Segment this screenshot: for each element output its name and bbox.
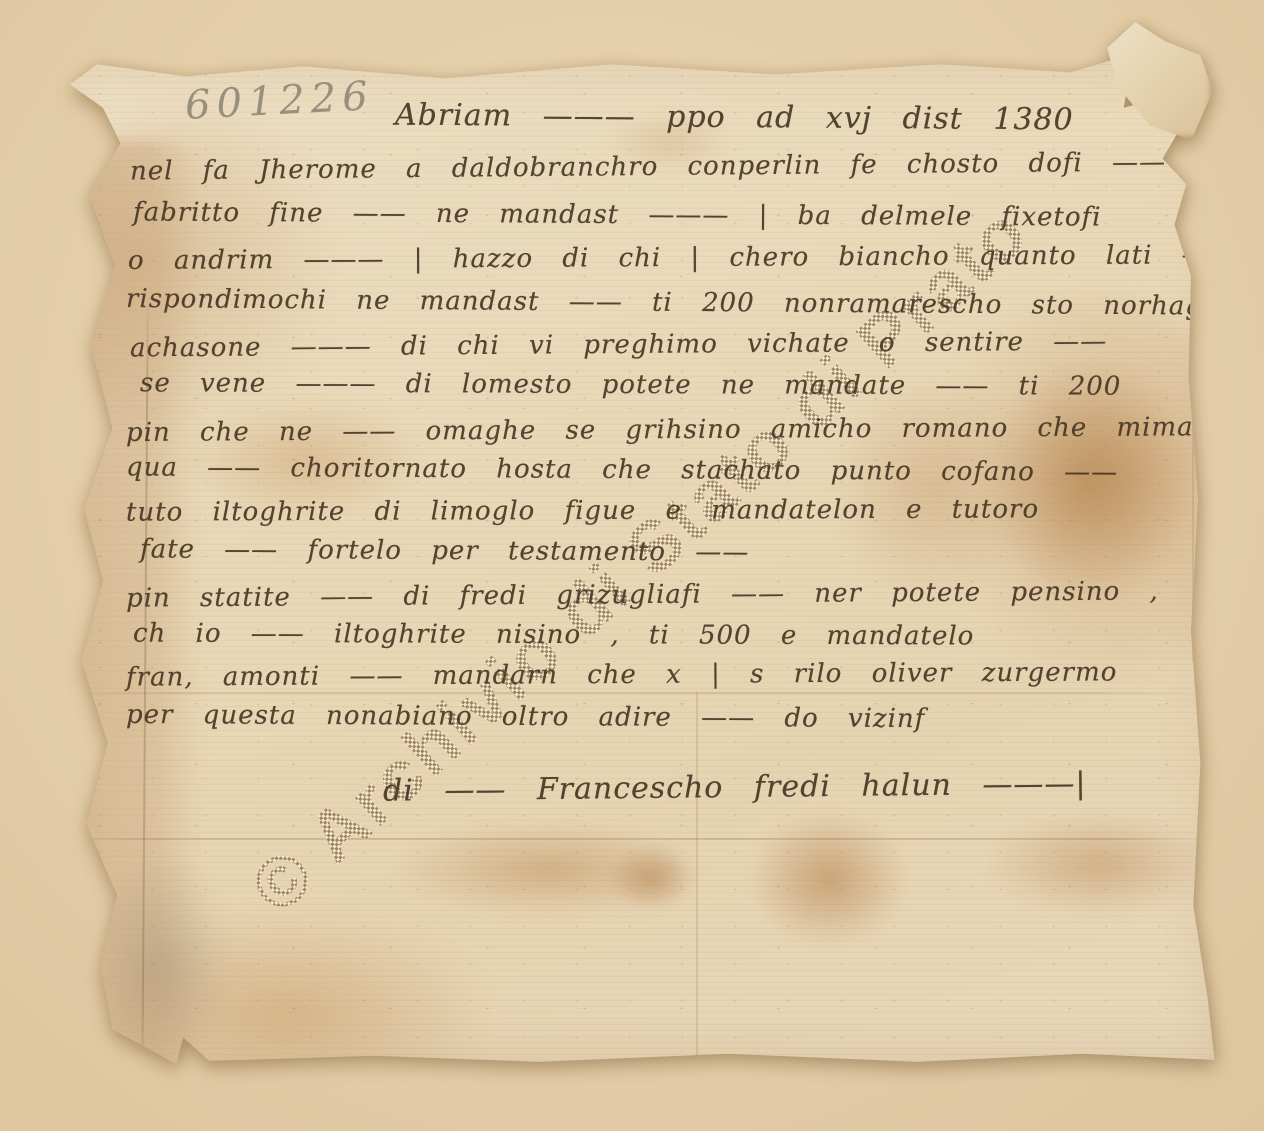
manuscript-line: rispondimochi ne mandast —— ti 200 nonra… bbox=[126, 284, 1264, 322]
stain bbox=[604, 842, 699, 914]
manuscript-line: fabritto fine —— ne mandast ——— | ba del… bbox=[133, 197, 1102, 232]
stain bbox=[830, 372, 1030, 602]
manuscript-line: pin statite —— di fredi grizugliafi —— n… bbox=[126, 576, 1159, 613]
manuscript-line: fate —— fortelo per testamento —— bbox=[140, 534, 749, 567]
crease-line bbox=[696, 692, 698, 1112]
manuscript-line: per questa nonabiano oltro adire —— do v… bbox=[126, 700, 925, 734]
manuscript-line: nel fa Jherome a daldobranchro conperlin… bbox=[130, 147, 1166, 186]
stain bbox=[974, 352, 1204, 612]
manuscript-line: ch io —— iltoghrite nisino , ti 500 e ma… bbox=[133, 619, 974, 652]
handwriting-layer: 601226 Abriam ——— ppo ad xvj dist 1380 n… bbox=[44, 52, 1224, 1068]
paper-shadow-wrapper: © Archivio di Stato di Prato 601226 Abri… bbox=[0, 0, 1264, 1131]
stain bbox=[394, 822, 704, 917]
signature-line: di —— Francescho fredi halun ———| bbox=[383, 766, 1087, 808]
stain bbox=[604, 112, 734, 172]
watermark: © Archivio di Stato di Prato bbox=[236, 190, 1045, 930]
stain bbox=[36, 142, 201, 1072]
manuscript-line: achasone ——— di chi vi preghimo vichate … bbox=[130, 327, 1107, 364]
stain bbox=[924, 292, 1254, 692]
header-line: Abriam ——— ppo ad xvj dist 1380 bbox=[395, 98, 1074, 138]
crease-line bbox=[141, 292, 149, 1104]
manuscript-line: tuto iltoghrite di limoglo figue e manda… bbox=[126, 494, 1039, 527]
stain bbox=[180, 395, 430, 525]
archive-number: 601226 bbox=[184, 73, 375, 129]
crease-line bbox=[56, 692, 1206, 694]
stain bbox=[44, 112, 344, 442]
manuscript-paper: © Archivio di Stato di Prato 601226 Abri… bbox=[44, 52, 1224, 1068]
crease-line bbox=[1192, 142, 1194, 662]
manuscript-line: qua —— choritornato hosta che stachato p… bbox=[126, 452, 1118, 487]
stain bbox=[984, 812, 1214, 917]
manuscript-line: se vene ——— di lomesto potete ne mandate… bbox=[140, 368, 1121, 401]
crease-line bbox=[64, 838, 1204, 840]
manuscript-line: pin che ne —— omaghe se grihsino amicho … bbox=[126, 412, 1238, 448]
stain bbox=[114, 912, 494, 1097]
manuscript-line: o andrim ——— | hazzo di chi | chero bian… bbox=[128, 240, 1236, 276]
stain bbox=[744, 807, 914, 952]
stain bbox=[84, 852, 234, 1077]
manuscript-line: fran, amonti —— mandarn che x | s rilo o… bbox=[126, 657, 1117, 692]
scanned-manuscript: © Archivio di Stato di Prato 601226 Abri… bbox=[0, 0, 1264, 1131]
